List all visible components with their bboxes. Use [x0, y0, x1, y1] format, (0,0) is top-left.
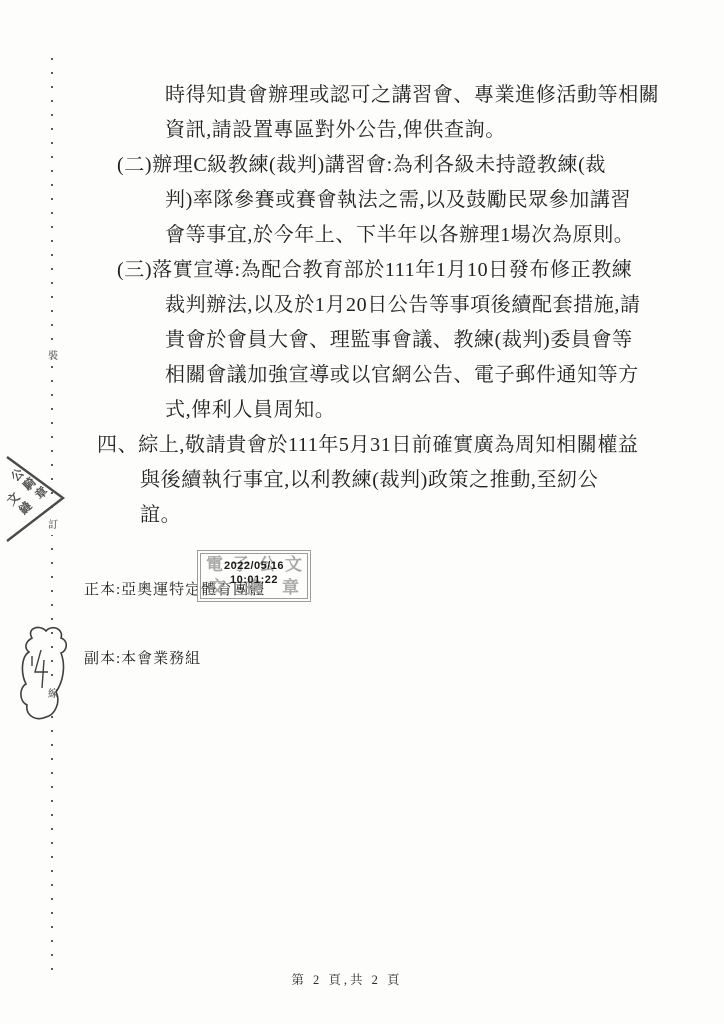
document-page: 裝 訂 線 公 騎 章 文 縫 時得知貴會辦理或認可之講習會、專業進修活動等相關…	[0, 0, 724, 1024]
body-line: 資訊,請設置專區對外公告,俾供查詢。	[0, 113, 724, 148]
body-line: 誼。	[0, 498, 724, 533]
body-line: 貴會於會員大會、理監事會議、教練(裁判)委員會等	[0, 323, 724, 358]
letter-body: 時得知貴會辦理或認可之講習會、專業進修活動等相關 資訊,請設置專區對外公告,俾供…	[0, 78, 724, 533]
stamp-date: 2022/05/16	[201, 559, 307, 573]
copy-recipient-line: 副本:本會業務組	[84, 648, 265, 671]
body-line-item-4: 四、綜上,敬請貴會於111年5月31日前確實廣為周知相關權益	[0, 428, 724, 463]
body-line: 相關會議加強宣導或以官網公告、電子郵件通知等方	[0, 358, 724, 393]
electronic-exchange-stamp: 電 子 公 文 交 換 章 2022/05/16 10:01:22	[200, 553, 308, 599]
stamp-time: 10:01:22	[201, 573, 307, 587]
ink-smudge-mark	[12, 622, 72, 732]
body-line: 判)率隊參賽或賽會執法之需,以及鼓勵民眾參加講習	[0, 183, 724, 218]
body-line: 式,俾利人員周知。	[0, 393, 724, 428]
stamp-datetime: 2022/05/16 10:01:22	[201, 559, 307, 587]
body-line: 與後續執行事宜,以利教練(裁判)政策之推動,至紉公	[0, 463, 724, 498]
page-number-footer: 第 2 頁,共 2 頁	[0, 970, 709, 988]
body-line: 會等事宜,於今年上、下半年以各辦理1場次為原則。	[0, 218, 724, 253]
body-line-item-2: (二)辦理C級教練(裁判)講習會:為利各級未持證教練(裁	[0, 148, 724, 183]
body-line-item-3: (三)落實宣導:為配合教育部於111年1月10日發布修正教練	[0, 253, 724, 288]
body-line: 裁判辦法,以及於1月20日公告等事項後續配套措施,請	[0, 288, 724, 323]
ink-smudge-inner-stroke	[32, 650, 48, 688]
body-line: 時得知貴會辦理或認可之講習會、專業進修活動等相關	[0, 78, 724, 113]
